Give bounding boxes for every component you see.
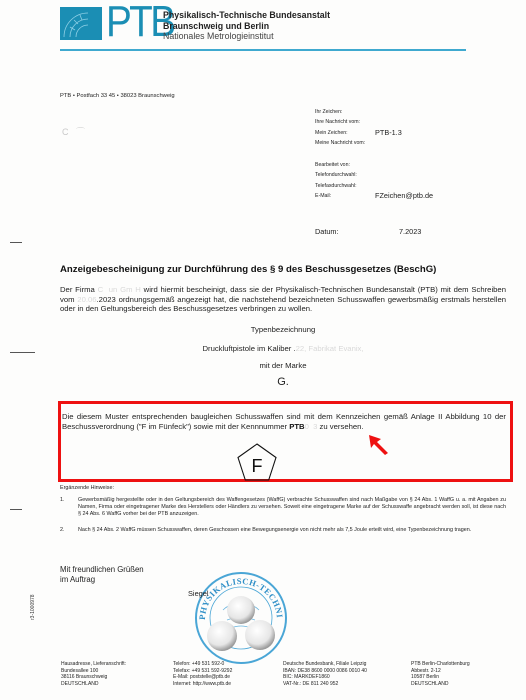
hinweis-item: 1. Gewerbsmäßig hergestellte oder in den… — [60, 497, 506, 519]
ref-row: Mein Zeichen:PTB-1.3 — [315, 128, 433, 138]
footer-contact: Telefon: +49 531 592-0 Telefax: +49 531 … — [173, 661, 232, 687]
ref-row: Meine Nachricht vom: — [315, 138, 433, 148]
institution-name: Physikalisch-Technische Bundesanstalt Br… — [163, 10, 330, 42]
ref-row: Telefaxdurchwahl: — [315, 181, 433, 191]
document-title: Anzeigebescheinigung zur Durchführung de… — [60, 264, 436, 275]
ptb-logo-mark — [60, 7, 102, 40]
redacted-address: C ⌒ — [62, 125, 85, 138]
typenbezeichnung: Typenbezeichnung — [60, 325, 506, 334]
header-rule — [60, 49, 466, 51]
ref-row: Telefondurchwahl: — [315, 170, 433, 180]
intro-paragraph: Der Firma C un Gm H wird hiermit beschei… — [60, 285, 506, 314]
official-seal: PHYSIKALISCH-TECHNISCHE BUNDESANSTALT — [193, 570, 289, 666]
pointer-arrow-icon — [368, 434, 390, 456]
kennzeichen-paragraph: Die diesem Muster entsprechenden bauglei… — [62, 412, 506, 431]
ref-row: Ihre Nachricht vom: — [315, 117, 433, 127]
kaliber-line: Druckluftpistole im Kaliber .22, Fabrika… — [60, 344, 506, 353]
footer-bank: Deutsche Bundesbank, Filiale Leipzig IBA… — [283, 661, 367, 687]
svg-text:F: F — [252, 456, 263, 476]
date-row: Datum: 7.2023 — [315, 227, 421, 236]
reference-block: Ihr Zeichen: Ihre Nachricht vom: Mein Ze… — [315, 107, 433, 201]
kennnummer: PTB — [289, 422, 304, 431]
fold-mark — [10, 242, 22, 243]
redacted-brand: G. — [60, 376, 506, 388]
ref-row: Bearbeitet von: — [315, 160, 433, 170]
footer-berlin: PTB Berlin-Charlottenburg Abbestr. 2-12 … — [411, 661, 470, 687]
footer-address: Hausadresse, Lieferanschrift: Bundesalle… — [61, 661, 126, 687]
f-pentagon-symbol: F — [236, 442, 278, 482]
hinweise-heading: Ergänzende Hinweise: — [60, 485, 114, 491]
ref-row: E-Mail:FZeichen@ptb.de — [315, 191, 433, 201]
fold-mark — [10, 509, 22, 510]
closing-greeting: Mit freundlichen Grüßen im Auftrag — [60, 565, 144, 585]
sender-line: PTB • Postfach 33 45 • 38023 Braunschwei… — [60, 93, 175, 99]
hinweis-item: 2. Nach § 24 Abs. 2 WaffG müssen Schussw… — [60, 527, 506, 534]
siegel-label: Siegel — [188, 589, 209, 598]
date-value: 7.2023 — [399, 227, 421, 236]
side-code: r3-1000978 — [30, 594, 36, 620]
ref-row: Ihr Zeichen: — [315, 107, 433, 117]
marke-line: mit der Marke — [60, 361, 506, 370]
email-value: FZeichen@ptb.de — [375, 191, 433, 201]
fold-mark — [10, 352, 35, 353]
